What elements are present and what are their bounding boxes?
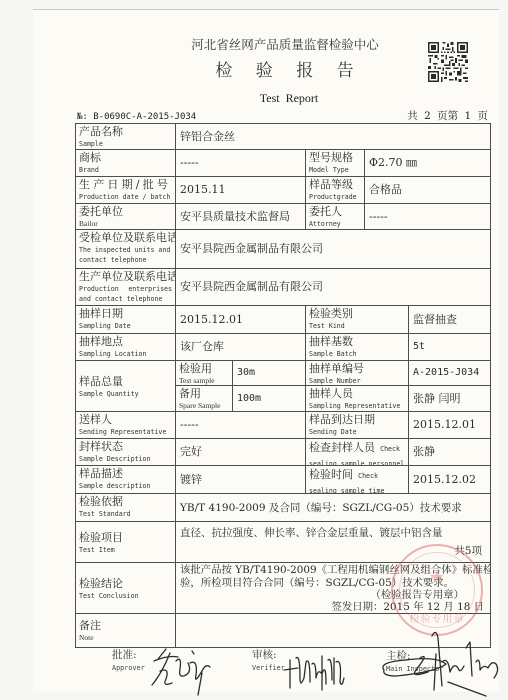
sample-quantity-label: 样品总量 Sample Quantity [76,361,176,412]
sampling-representative-label: 抽样人员 Sampling Representative [306,386,409,412]
sampling-location-label-cn: 抽样地点 [79,335,172,349]
report-number: №: B-0690C-A-2015-J034 [77,111,196,123]
sample-batch-label: 抽样基数 Sample Batch [306,334,409,361]
seal-status-value: 完好 [176,439,306,466]
attorney-value: ----- [365,204,491,230]
sampling-representative-value: 张静 闫明 [409,386,491,412]
test-item-label: 检验项目 Test Item [76,522,176,563]
brand-label-cn: 商标 [79,151,172,165]
sample-number-label: 抽样单编号 Sample Number [306,361,409,386]
test-kind-label-cn: 检验类别 [309,307,405,321]
seal-status-label-en: Sample Description [79,454,172,464]
sending-representative-label: 送样人 Sending Representative [76,412,176,439]
sample-batch-value: 5t [409,334,491,361]
sending-representative-value: ----- [176,412,306,439]
brand-value: ----- [176,150,306,177]
attorney-label-cn: 委托人 [309,205,361,219]
production-date-label-en: Production date / batch [79,192,172,202]
inspected-unit-label-en-2: contact telephone [79,255,172,265]
test-time-value: 2015.12.02 [409,466,491,494]
note-label: 备注 Note [76,614,176,648]
inspected-unit-value: 安平县院西金属制品有限公司 [176,230,491,269]
model-type-value: Φ2.70 ㎜ [365,150,491,177]
production-enterprise-label: 生产单位及联系电话 Production enterprises and con… [76,269,176,306]
model-type-label: 型号规格 Model Type [306,150,365,177]
production-enterprise-label-cn: 生产单位及联系电话 [79,270,172,284]
qr-code-icon [428,42,468,82]
sample-description-label-cn: 样品描述 [79,467,172,481]
test-conclusion-label-en: Test Conclusion [79,591,172,601]
product-grade-label-en: Productgrade [309,192,361,202]
approver-block: 批准: Approver [112,649,145,673]
inspection-stamp: ★ 检验专用章 [391,544,483,636]
page-info: 共 2 页第 1 页 [407,110,488,123]
spare-sample-label-cn: 备用 [179,387,229,401]
sample-batch-label-cn: 抽样基数 [309,335,405,349]
sampling-representative-label-cn: 抽样人员 [309,387,405,401]
approver-signature [148,645,218,697]
sample-description-value: 镀锌 [176,466,306,494]
bailor-label-en: Bailor [79,219,172,229]
sampling-location-label-en: Sampling Location [79,349,172,359]
note-label-cn: 备注 [79,619,172,633]
sending-date-label-en: Sending Date [309,427,405,437]
test-conclusion-label-cn: 检验结论 [79,577,172,591]
verifier-block: 审核: Verifier [252,649,285,673]
test-kind-label: 检验类别 Test Kind [306,306,409,334]
production-date-label-cn: 生产日期/批号 [79,178,172,192]
stamp-text: 检验专用章 [393,614,481,626]
seal-checker-label-cn: 检查封样人员 [309,441,375,454]
brand-label-en: Brand [79,165,172,175]
star-icon: ★ [393,568,481,588]
sample-description-label: 样品描述 Sample description [76,466,176,494]
seal-checker-label: 检查封样人员 Check sealing sample personnel [306,439,409,466]
test-standard-label-en: Test Standard [79,509,172,519]
verifier-label-cn: 审核: [252,649,285,662]
test-standard-label: 检验依据 Test Standard [76,494,176,522]
main-inspector-signature [376,626,506,700]
model-type-label-en: Model Type [309,165,361,175]
sample-label: 产品名称 Sample [76,124,176,150]
inspected-unit-label-en-1: The inspected units and [79,245,172,255]
production-date-value: 2015.11 [176,177,306,204]
spare-sample-value: 100m [233,386,306,412]
test-sample-label-cn: 检验用 [179,362,229,376]
sample-number-label-en: Sample Number [309,376,405,386]
sample-quantity-label-cn: 样品总量 [79,375,172,389]
bailor-value: 安平县质量技术监督局 [176,204,306,230]
verifier-label-en: Verifier [252,664,285,673]
sending-representative-label-cn: 送样人 [79,413,172,427]
test-conclusion-label: 检验结论 Test Conclusion [76,563,176,614]
test-sample-value: 30m [233,361,306,386]
test-standard-label-cn: 检验依据 [79,495,172,509]
bailor-label-cn: 委托单位 [79,205,172,219]
production-enterprise-value: 安平县院西金属制品有限公司 [176,269,491,306]
test-time-label: 检验时间 Check sealing sample time [306,466,409,494]
approver-label-en: Approver [112,664,145,673]
inspected-unit-label-cn: 受检单位及联系电话 [79,231,172,245]
sampling-representative-label-en: Sampling Representative [309,401,405,411]
seal-status-label: 封样状态 Sample Description [76,439,176,466]
test-item-value: 直径、抗拉强度、伸长率、锌合金层重量、镀层中铝含量 [180,526,443,540]
sending-date-value: 2015.12.01 [409,412,491,439]
sample-value: 锌铝合金丝 [176,124,491,150]
attorney-label-en: Attorney [309,219,361,229]
sampling-date-label-en: Sampling Date [79,321,172,331]
production-enterprise-label-en-1: Production enterprises [79,284,172,294]
spare-sample-label: 备用 Spare Sample [176,386,233,412]
bailor-label: 委托单位 Bailor [76,204,176,230]
test-kind-value: 监督抽查 [409,306,491,334]
report-subtitle: Test Report [0,91,508,105]
note-label-en: Note [79,633,172,643]
sampling-location-value: 该厂仓库 [176,334,306,361]
sampling-date-label-cn: 抽样日期 [79,307,172,321]
spare-sample-label-en: Spare Sample [179,401,229,411]
sample-number-value: A-2015-J034 [409,361,491,386]
seal-checker-value: 张静 [409,439,491,466]
inspected-unit-label: 受检单位及联系电话 The inspected units and contac… [76,230,176,269]
product-grade-value: 合格品 [365,177,491,204]
test-sample-label: 检验用 Test sample [176,361,233,386]
sampling-date-label: 抽样日期 Sampling Date [76,306,176,334]
seal-status-label-cn: 封样状态 [79,440,172,454]
test-item-label-cn: 检验项目 [79,531,172,545]
product-grade-label-cn: 样品等级 [309,178,361,192]
sample-number-label-cn: 抽样单编号 [309,362,405,376]
sending-date-label: 样品到达日期 Sending Date [306,412,409,439]
sampling-date-value: 2015.12.01 [176,306,306,334]
sample-label-en: Sample [79,139,172,149]
sending-representative-label-en: Sending Representative [79,427,172,437]
production-date-label: 生产日期/批号 Production date / batch [76,177,176,204]
approver-label-cn: 批准: [112,649,145,662]
production-enterprise-label-en-2: and contact telephone [79,294,172,304]
product-grade-label: 样品等级 Productgrade [306,177,365,204]
sending-date-label-cn: 样品到达日期 [309,413,405,427]
sample-label-cn: 产品名称 [79,125,172,139]
model-type-label-cn: 型号规格 [309,151,361,165]
test-sample-label-en: Test sample [179,376,229,386]
sample-description-label-en: Sample description [79,481,172,491]
test-item-label-en: Test Item [79,545,172,555]
test-time-label-cn: 检验时间 [309,468,353,481]
brand-label: 商标 Brand [76,150,176,177]
attorney-label: 委托人 Attorney [306,204,365,230]
test-standard-value: YB/T 4190-2009 及合同（编号：SGZL/CG-05）技术要求 [176,494,491,522]
test-kind-label-en: Test Kind [309,321,405,331]
verifier-signature [282,648,348,692]
sampling-location-label: 抽样地点 Sampling Location [76,334,176,361]
sample-batch-label-en: Sample Batch [309,349,405,359]
sample-quantity-label-en: Sample Quantity [79,389,172,399]
